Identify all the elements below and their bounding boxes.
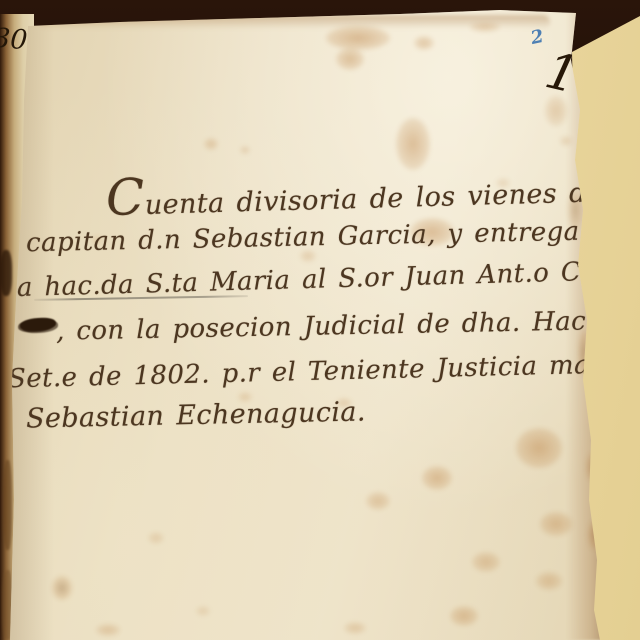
foxing-stain bbox=[204, 138, 218, 150]
foxing-stain bbox=[52, 576, 72, 600]
foxing-stain bbox=[422, 466, 452, 490]
foxing-stain bbox=[240, 146, 250, 154]
manuscript-line-5: Set.e de 1802. p.r el Teniente Justicia … bbox=[8, 348, 640, 395]
manuscript-page: Cuenta divisoria de los vienes del capit… bbox=[0, 0, 640, 640]
foxing-stain bbox=[366, 492, 390, 510]
foxing-stain bbox=[344, 622, 366, 634]
foxing-stain bbox=[148, 532, 164, 544]
foxing-stain bbox=[536, 572, 562, 590]
foxing-stain bbox=[414, 36, 434, 50]
photograph-of-manuscript: 30 Cuenta divisoria de los vienes del ca… bbox=[0, 0, 640, 640]
foxing-stain bbox=[96, 624, 120, 636]
manuscript-line-4: , con la posecion Judicial de dha. Hac.d… bbox=[56, 303, 640, 346]
edge-dark-mark bbox=[0, 250, 12, 296]
manuscript-line-3: la hac.da S.ta Maria al S.or Juan Ant.o … bbox=[8, 255, 640, 304]
edge-dark-mark bbox=[3, 460, 12, 550]
foxing-stain bbox=[516, 428, 562, 468]
manuscript-line-6: Sebastian Echenagucia. bbox=[26, 396, 366, 434]
foxing-stain bbox=[450, 606, 478, 626]
foxing-stain bbox=[196, 606, 210, 616]
foxing-stain bbox=[326, 26, 390, 50]
top-edge-stain bbox=[40, 15, 550, 29]
page-number-blue-pencil: 2 bbox=[529, 26, 546, 49]
previous-page-number: 30 bbox=[0, 23, 28, 56]
foxing-stain bbox=[472, 552, 500, 572]
foxing-stain bbox=[336, 48, 364, 70]
foxing-stain bbox=[396, 118, 430, 170]
manuscript-line-1: Cuenta divisoria de los vienes del bbox=[105, 165, 612, 222]
